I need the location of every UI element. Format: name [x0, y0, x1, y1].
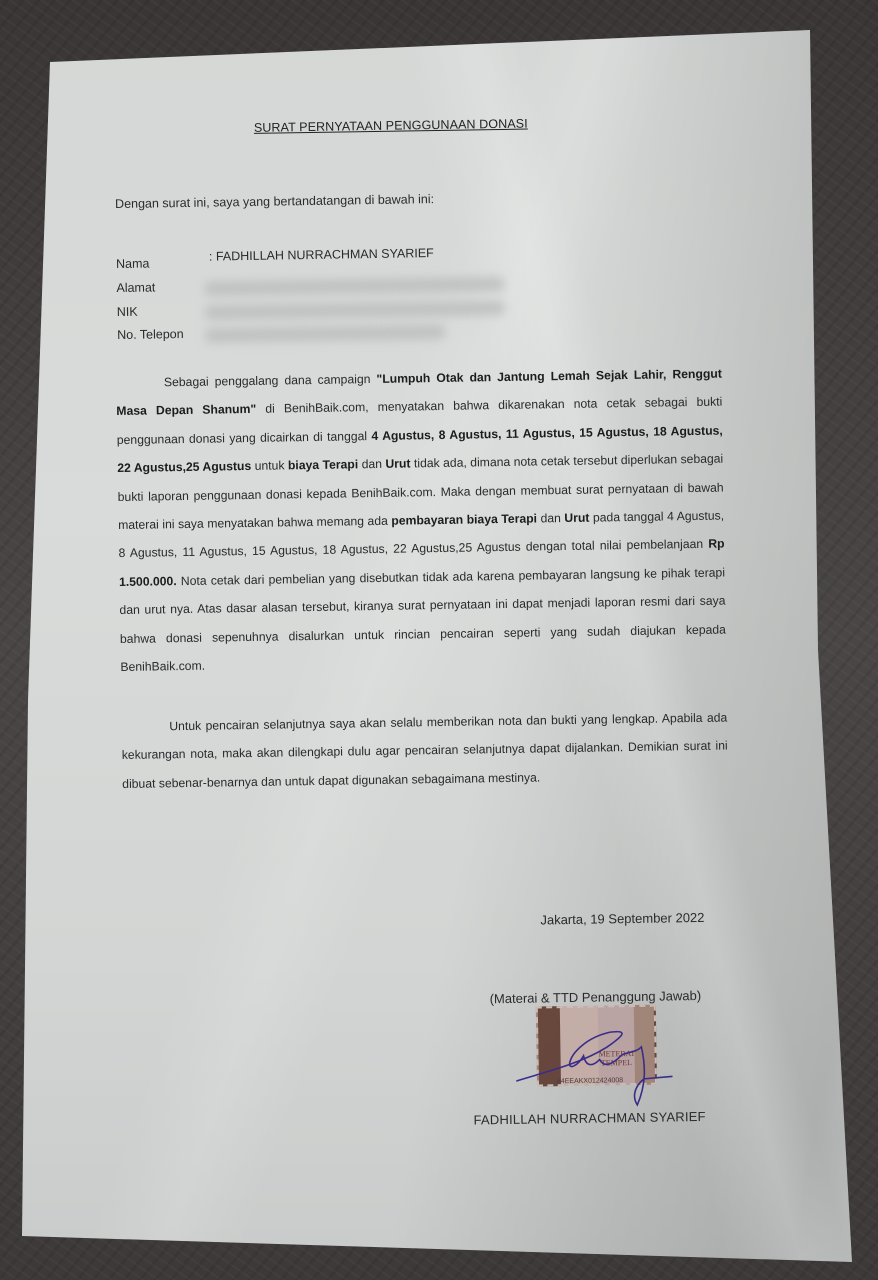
letter-title: SURAT PERNYATAAN PENGGUNAAN DONASI [254, 117, 528, 135]
field-label-name: Nama [116, 257, 150, 272]
redacted-nik [205, 301, 505, 320]
statement-letter: SURAT PERNYATAAN PENGGUNAAN DONASI Denga… [0, 0, 878, 1280]
field-label-nik: NIK [117, 305, 138, 319]
city-date: Jakarta, 19 September 2022 [540, 910, 704, 928]
field-label-address: Alamat [116, 280, 155, 295]
redacted-address [204, 277, 504, 296]
redacted-phone [205, 325, 445, 343]
field-label-phone: No. Telepon [117, 327, 184, 342]
field-value-name: : FADHILLAH NURRACHMAN SYARIEF [209, 246, 434, 264]
paragraph-closing: Untuk pencairan selanjutnya saya akan se… [121, 703, 728, 798]
stamp-signature-label: (Materai & TTD Penanggung Jawab) [490, 988, 702, 1006]
paragraph-statement: Sebagai penggalang dana campaign "Lumpuh… [116, 360, 727, 682]
intro-line: Dengan surat ini, saya yang bertandatang… [115, 192, 434, 211]
